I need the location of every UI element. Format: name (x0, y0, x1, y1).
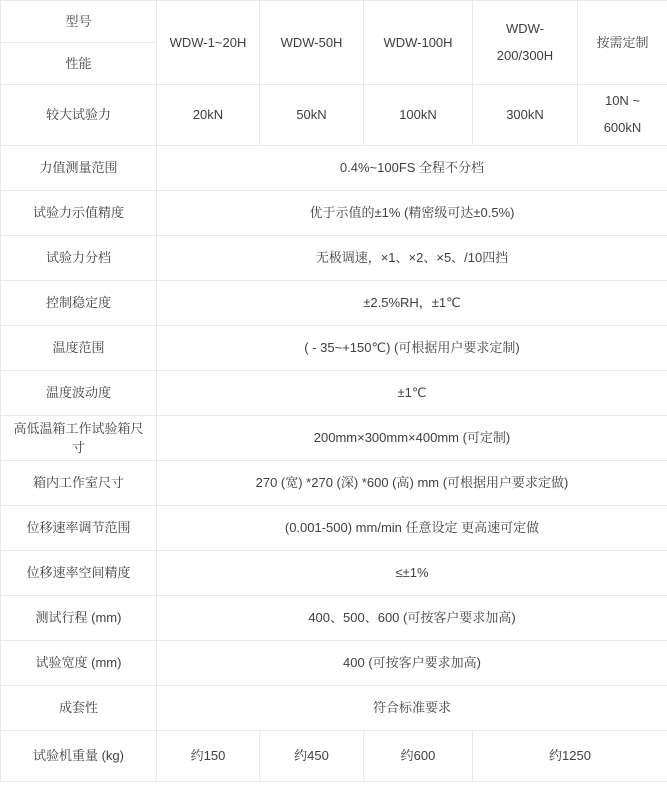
row-label-workspace-size: 箱内工作室尺寸 (1, 461, 157, 506)
max-force-wdw-100h: 100kN (364, 85, 473, 146)
spec-row-chamber-size: 高低温箱工作试验箱尺寸 200mm×300mm×400mm (可定制) (1, 416, 667, 461)
row-label-force-accuracy: 试验力示值精度 (1, 191, 157, 236)
row-value-speed-accuracy: ≤±1% (157, 551, 667, 596)
spec-row-temp-fluctuation: 温度波动度 ±1℃ (1, 371, 667, 416)
row-label-completeness: 成套性 (1, 686, 157, 731)
row-value-test-stroke: 400、500、600 (可按客户要求加高) (157, 596, 667, 641)
spec-row-control-stability: 控制稳定度 ±2.5%RH，±1℃ (1, 281, 667, 326)
spec-row-force-gears: 试验力分档 无极调速，×1、×2、×5、/10四挡 (1, 236, 667, 281)
header-row-top: 型号 WDW-1~20H WDW-50H WDW-100H WDW- 200/3… (1, 1, 667, 43)
row-label-max-force: 较大试验力 (1, 85, 157, 146)
row-value-completeness: 符合标准要求 (157, 686, 667, 731)
row-value-temp-range: ( - 35~+150℃) (可根据用户要求定制) (157, 326, 667, 371)
row-value-temp-fluctuation: ±1℃ (157, 371, 667, 416)
row-value-control-stability: ±2.5%RH，±1℃ (157, 281, 667, 326)
row-label-chamber-size: 高低温箱工作试验箱尺寸 (1, 416, 157, 461)
spec-row-speed-accuracy: 位移速率空间精度 ≤±1% (1, 551, 667, 596)
weight-wdw-200-300h-custom: 约1250 (473, 731, 667, 782)
row-label-control-stability: 控制稳定度 (1, 281, 157, 326)
spec-row-completeness: 成套性 符合标准要求 (1, 686, 667, 731)
row-label-temp-fluctuation: 温度波动度 (1, 371, 157, 416)
header-col-wdw-1-20h: WDW-1~20H (157, 1, 260, 85)
row-value-chamber-size: 200mm×300mm×400mm (可定制) (157, 416, 667, 461)
spec-row-temp-range: 温度范围 ( - 35~+150℃) (可根据用户要求定制) (1, 326, 667, 371)
row-value-force-gears: 无极调速，×1、×2、×5、/10四挡 (157, 236, 667, 281)
row-value-workspace-size: 270 (宽) *270 (深) *600 (高) mm (可根据用户要求定做) (157, 461, 667, 506)
header-corner-performance: 性能 (1, 43, 157, 85)
row-value-force-range: 0.4%~100FS 全程不分档 (157, 146, 667, 191)
header-col-wdw-200-300h-line1: WDW- (481, 16, 569, 43)
weight-row: 试验机重量 (kg) 约150 约450 约600 约1250 (1, 731, 667, 782)
max-force-custom-line2: 600kN (586, 115, 659, 142)
row-label-temp-range: 温度范围 (1, 326, 157, 371)
machine-spec-table: 型号 WDW-1~20H WDW-50H WDW-100H WDW- 200/3… (0, 0, 667, 782)
header-col-wdw-200-300h: WDW- 200/300H (473, 1, 578, 85)
row-label-force-gears: 试验力分档 (1, 236, 157, 281)
max-force-custom: 10N ~ 600kN (578, 85, 667, 146)
spec-table-container: 型号 WDW-1~20H WDW-50H WDW-100H WDW- 200/3… (0, 0, 667, 782)
max-force-wdw-200-300h: 300kN (473, 85, 578, 146)
weight-wdw-1-20h: 约150 (157, 731, 260, 782)
spec-row-force-range: 力值测量范围 0.4%~100FS 全程不分档 (1, 146, 667, 191)
header-col-wdw-100h: WDW-100H (364, 1, 473, 85)
header-corner-model: 型号 (1, 1, 157, 43)
header-col-wdw-200-300h-line2: 200/300H (481, 43, 569, 70)
spec-row-force-accuracy: 试验力示值精度 优于示值的±1% (精密级可达±0.5%) (1, 191, 667, 236)
row-label-test-width: 试验宽度 (mm) (1, 641, 157, 686)
row-label-speed-range: 位移速率调节范围 (1, 506, 157, 551)
weight-wdw-50h: 约450 (260, 731, 364, 782)
row-value-speed-range: (0.001-500) mm/min 任意设定 更高速可定做 (157, 506, 667, 551)
spec-row-test-width: 试验宽度 (mm) 400 (可按客户要求加高) (1, 641, 667, 686)
row-label-force-range: 力值测量范围 (1, 146, 157, 191)
spec-row-test-stroke: 测试行程 (mm) 400、500、600 (可按客户要求加高) (1, 596, 667, 641)
spec-row-workspace-size: 箱内工作室尺寸 270 (宽) *270 (深) *600 (高) mm (可根… (1, 461, 667, 506)
max-force-custom-line1: 10N ~ (586, 88, 659, 115)
row-value-test-width: 400 (可按客户要求加高) (157, 641, 667, 686)
weight-wdw-100h: 约600 (364, 731, 473, 782)
spec-row-speed-range: 位移速率调节范围 (0.001-500) mm/min 任意设定 更高速可定做 (1, 506, 667, 551)
row-label-weight: 试验机重量 (kg) (1, 731, 157, 782)
row-label-test-stroke: 测试行程 (mm) (1, 596, 157, 641)
max-force-wdw-1-20h: 20kN (157, 85, 260, 146)
row-value-force-accuracy: 优于示值的±1% (精密级可达±0.5%) (157, 191, 667, 236)
max-force-wdw-50h: 50kN (260, 85, 364, 146)
header-col-wdw-50h: WDW-50H (260, 1, 364, 85)
max-force-row: 较大试验力 20kN 50kN 100kN 300kN 10N ~ 600kN (1, 85, 667, 146)
header-col-custom: 按需定制 (578, 1, 667, 85)
row-label-speed-accuracy: 位移速率空间精度 (1, 551, 157, 596)
